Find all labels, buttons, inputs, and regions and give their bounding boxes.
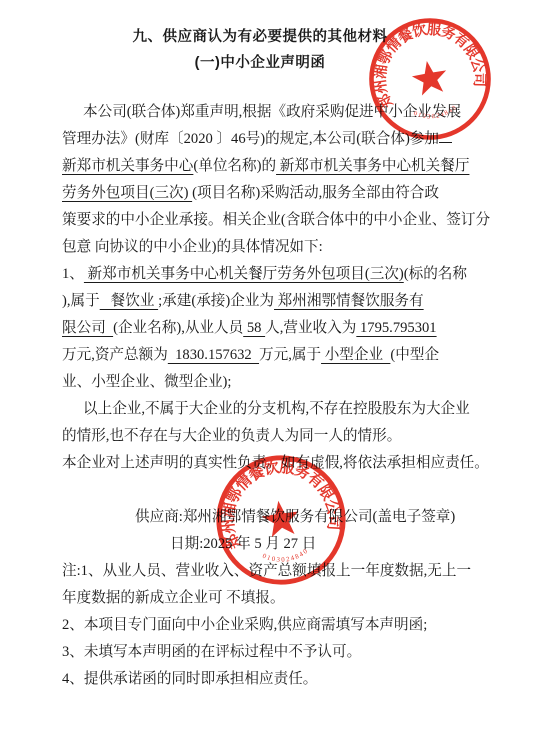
doc-line: 注:1、从业人员、营业收入、资产总额填报上一年度数据,无上一: [62, 558, 534, 585]
doc-line: 1、 新郑市机关事务中心机关餐厅劳务外包项目(三次)(标的名称: [62, 261, 534, 288]
date-line: 日期:2025 年 5 月 27 日: [62, 531, 534, 558]
document-page: 九、供应商认为有必要提供的其他材料 (一)中小企业声明函 本公司(联合体)郑重声…: [0, 0, 560, 736]
doc-line: 3、未填写本声明函的在评标过程中不予认可。: [62, 639, 534, 666]
doc-line: 年度数据的新成立企业可 不填报。: [62, 585, 534, 612]
doc-line: 劳务外包项目(三次) (项目名称)采购活动,服务全部由符合政: [62, 180, 534, 207]
doc-line: ),属于 餐饮业 ;承建(承接)企业为 郑州湘鄂情餐饮服务有: [62, 288, 534, 315]
doc-line: 管理办法》(财库〔2020 〕46号)的规定,本公司(联合体)参加: [62, 126, 534, 153]
doc-line: 的情形,也不存在与大企业的负责人为同一人的情形。: [62, 423, 534, 450]
doc-line: 本企业对上述声明的真实性负责。如有虚假,将依法承担相应责任。: [62, 450, 534, 477]
doc-line: 限公司 (企业名称),从业人员 58 人,营业收入为 1795.795301: [62, 315, 534, 342]
page-subtitle: (一)中小企业声明函: [0, 50, 520, 76]
doc-line: 2、本项目专门面向中小企业采购,供应商需填写本声明函;: [62, 612, 534, 639]
doc-line: 4、提供承诺函的同时即承担相应责任。: [62, 666, 534, 693]
doc-line: 本公司(联合体)郑重声明,根据《政府采购促进中小企业发展: [62, 99, 534, 126]
doc-line: 以上企业,不属于大企业的分支机构,不存在控股股东为大企业: [62, 396, 534, 423]
doc-line: 新郑市机关事务中心(单位名称)的 新郑市机关事务中心机关餐厅: [62, 153, 534, 180]
supplier-line: 供应商:郑州湘鄂情餐饮服务有限公司(盖电子签章): [62, 504, 534, 531]
doc-header: 九、供应商认为有必要提供的其他材料 (一)中小企业声明函: [0, 24, 520, 76]
doc-line: 业、小型企业、微型企业);: [62, 369, 534, 396]
doc-line: 包意 向协议的中小企业)的具体情况如下:: [62, 234, 534, 261]
page-title: 九、供应商认为有必要提供的其他材料: [0, 24, 520, 50]
doc-line: 策要求的中小企业承接。相关企业(含联合体中的中小企业、签订分: [62, 207, 534, 234]
doc-line: 万元,资产总额为 1830.157632 万元,属于 小型企业 (中型企: [62, 342, 534, 369]
blank-line: [62, 477, 534, 504]
doc-body: 本公司(联合体)郑重声明,根据《政府采购促进中小企业发展 管理办法》(财库〔20…: [62, 99, 534, 693]
blank-underline: [439, 130, 452, 143]
